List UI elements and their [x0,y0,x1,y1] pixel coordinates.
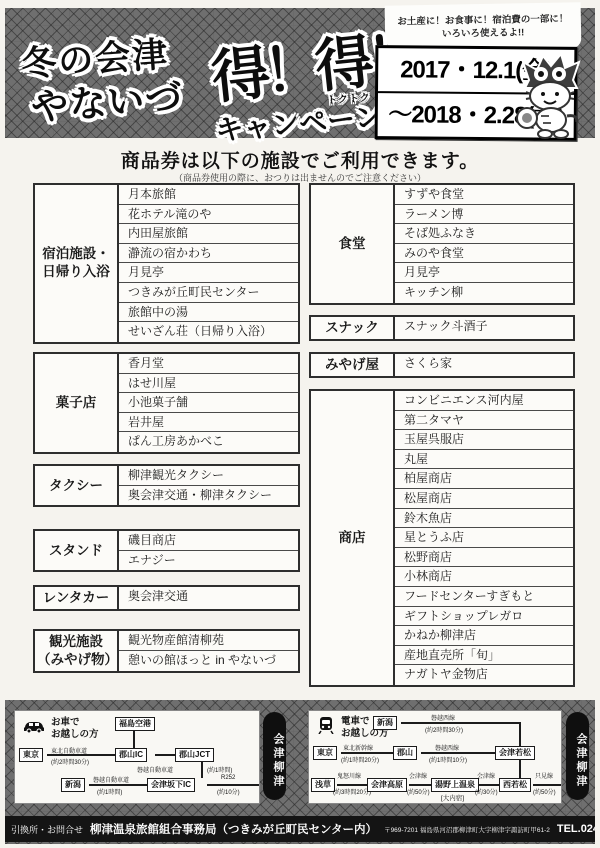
table-rental-car: レンタカー 奥会津交通 [33,585,300,611]
venue-row: 小林商店 [395,567,573,587]
venue-row: そば処ふなき [395,224,573,244]
train-access-map: 電車で お越しの方 新潟 磐越西線 (約2時間30分) 東京 東北新幹線 (約1… [308,710,562,804]
venue-row: 磯目商店 [119,531,298,551]
category-tourist-facility: 観光施設（みやげ物） [35,631,119,671]
venue-row: さくら家 [395,354,573,374]
category-confectionery: 菓子店 [35,354,119,452]
table-gas-stand: スタンド 磯目商店 エナジー [33,529,300,572]
table-restaurant: 食堂 すずや食堂 ラーメン博 そば処ふなき みのや食堂 月見亭 キッチン柳 [309,183,575,305]
footer-office-name: 柳津温泉旅館組合事務局（つきみが丘町民センター内） [90,821,377,837]
category-restaurant: 食堂 [311,185,395,303]
venue-row: 香月堂 [119,354,298,374]
map-line [155,754,175,756]
venue-row: つきみが丘町民センター [119,283,298,303]
venue-row: 星とうふ店 [395,528,573,548]
venue-row: 奥会津交通・柳津タクシー [119,486,298,506]
map-node-ouchijuku-note: [大内宿] [441,793,464,802]
venue-row: エナジー [119,551,298,571]
access-band: お車で お越しの方 福島空港 東京 東北自動車道 (約2時間30分) 郡山IC … [5,700,595,844]
map-node-asakusa: 浅草 [311,778,335,792]
venue-row: 瀞流の宿かわち [119,244,298,264]
map-line [519,722,521,746]
venue-row: すずや食堂 [395,185,573,205]
car-access-map: お車で お越しの方 福島空港 東京 東北自動車道 (約2時間30分) 郡山IC … [14,710,260,804]
map-node-niigata-train: 新潟 [373,716,397,730]
venue-row: ギフトショップレガロ [395,607,573,627]
venue-row: 月本旅館 [119,185,298,205]
venue-row: 柏屋商店 [395,469,573,489]
map-node-koriyama-train: 郡山 [393,746,417,760]
map-edge-banetsu-west-2-time: (約1時間10分) [429,755,467,764]
venue-row: 柳津観光タクシー [119,466,298,486]
venue-row: キッチン柳 [395,283,573,303]
map-line [479,784,499,786]
map-node-nishiwakamatsu: 西若松 [499,778,531,792]
venue-row: 花ホテル滝のや [119,205,298,225]
map-line [89,784,147,786]
train-map-title-line1: 電車で [341,716,370,728]
map-node-fukushima-airport: 福島空港 [115,717,155,731]
map-edge-tohoku-time: (約2時間30分) [51,757,89,766]
car-icon [23,719,45,733]
venue-row: 第二タマヤ [395,411,573,431]
destination-pill-train: 会津柳津 [566,712,589,800]
venue-row: 松野商店 [395,548,573,568]
footer-contact-bar: 引換所・お問合せ 柳津温泉旅館組合事務局（つきみが丘町民センター内） 〒969-… [5,816,595,842]
map-node-tokyo-train: 東京 [313,746,337,760]
flyer-sheet: お土産に！お食事に！宿泊費の一部に！ いろいろ使えるよ!! 冬の会津 やないづ … [0,0,600,848]
category-taxi: タクシー [35,466,119,505]
map-node-koriyama-jct: 郡山JCT [175,748,214,762]
category-snack: スナック [311,317,395,339]
map-edge-r252: R252 [221,775,235,781]
map-edge-aizu-line-1: 会津線 [409,771,427,780]
venue-row: 憩いの館ほっと in やないづ [119,651,298,671]
map-line [401,722,519,724]
map-line [341,752,393,754]
venue-row: 小池菓子舗 [119,393,298,413]
venue-row: コンビニエンス河内屋 [395,391,573,411]
venue-row: 玉屋呉服店 [395,430,573,450]
map-node-aizukogen: 会津高原 [367,778,407,792]
map-edge-banetsu-expressway: 磐越自動車道 [93,775,129,784]
map-edge-kinugawa-line: 鬼怒川線 [337,771,361,780]
category-souvenir-shop: みやげ屋 [311,354,395,376]
map-node-niigata: 新潟 [61,778,85,792]
category-rental-car: レンタカー [35,587,119,609]
campaign-title-line2: やないづ [29,67,184,131]
venue-row: 産地直売所「旬」 [395,646,573,666]
venue-row: ぱん工房あかべこ [119,432,298,452]
venue-row: かねか柳津店 [395,626,573,646]
map-edge-banetsu-west-1-time: (約2時間30分) [425,725,463,734]
venue-row: 奥会津交通 [119,587,298,607]
map-edge-banetsu-expressway-vertical: 磐越自動車道 [137,765,173,774]
category-gas-stand: スタンド [35,531,119,570]
venue-row: せいざん荘（日帰り入浴） [119,322,298,342]
map-edge-banetsu-time-vertical: (約1時間) [207,765,232,774]
venue-row: はせ川屋 [119,374,298,394]
map-line [421,752,495,754]
map-node-yunokami-onsen: 湯野上温泉 [431,778,479,792]
akabeko-tiger-mascot-icon [511,50,589,145]
footer-telephone: TEL.0241-42-2302 [557,823,595,835]
venue-row: スナック斗酒子 [395,317,573,337]
map-edge-tohoku-shinkansen: 東北新幹線 [343,743,373,752]
map-edge-banetsu-west-1: 磐越西線 [431,713,455,722]
venue-row: 観光物産館清柳苑 [119,631,298,651]
map-edge-tadami-time: (約50分) [533,787,556,796]
venue-row: 丸屋 [395,450,573,470]
map-edge-kinugawa-time: (約3時間20分) [333,787,371,796]
venue-row: みのや食堂 [395,244,573,264]
footer-label: 引換所・お問合せ [11,823,83,836]
map-edge-aizu-line-2: 会津線 [477,771,495,780]
map-line [519,760,521,778]
train-icon [317,716,335,734]
venue-row: 鈴木魚店 [395,509,573,529]
map-node-aizubange-ic: 会津坂下IC [147,778,195,792]
car-map-title-line1: お車で [51,717,80,729]
car-map-title-line2: お越しの方 [51,729,99,741]
map-node-tokyo: 東京 [19,748,43,762]
map-line [533,784,561,786]
venue-row: 松屋商店 [395,489,573,509]
map-node-koriyama-ic: 郡山IC [115,748,147,762]
map-edge-r252-time: (約10分) [217,787,240,796]
map-line [337,784,369,786]
table-souvenir-shop: みやげ屋 さくら家 [309,352,575,378]
map-edge-aizu-line-1-time: (約50分) [407,787,430,796]
map-edge-shinkansen-time: (約1時間20分) [341,755,379,764]
map-line [201,761,203,778]
venue-row: 内田屋旅館 [119,224,298,244]
header-band: お土産に！お食事に！宿泊費の一部に！ いろいろ使えるよ!! 冬の会津 やないづ … [5,8,595,138]
map-edge-banetsu-time: (約1時間) [97,787,122,796]
venue-row: フードセンターすぎもと [395,587,573,607]
map-line [409,784,431,786]
map-edge-aizu-line-2-time: (約30分) [475,787,498,796]
table-taxi: タクシー 柳津観光タクシー 奥会津交通・柳津タクシー [33,464,300,507]
category-lodging: 宿泊施設・日帰り入浴 [35,185,119,342]
table-tourist-facility: 観光施設（みやげ物） 観光物産館清柳苑 憩いの館ほっと in やないづ [33,629,300,673]
map-edge-tadami-line: 只見線 [535,771,553,780]
map-line [207,784,259,786]
venue-row: ラーメン博 [395,205,573,225]
venue-row: ナガトヤ金物店 [395,665,573,685]
venue-row: 岩井屋 [119,413,298,433]
usage-heading: 商品券は以下の施設でご利用できます。 [0,146,600,173]
map-node-aizuwakamatsu: 会津若松 [495,746,535,760]
footer-address: 〒969-7201 福島県河沼郡柳津町大字柳津字諏訪町甲61-2 [384,825,550,834]
table-confectionery: 菓子店 香月堂 はせ川屋 小池菓子舗 岩井屋 ぱん工房あかべこ [33,352,300,454]
table-general-store: 商店 コンビニエンス河内屋 第二タマヤ 玉屋呉服店 丸屋 柏屋商店 松屋商店 鈴… [309,389,575,687]
venue-row: 月見亭 [119,263,298,283]
venue-row: 旅館中の湯 [119,303,298,323]
table-lodging: 宿泊施設・日帰り入浴 月本旅館 花ホテル滝のや 内田屋旅館 瀞流の宿かわち 月見… [33,183,300,344]
map-line [133,731,135,748]
map-edge-banetsu-west-2: 磐越西線 [435,743,459,752]
map-edge-tohoku-expressway: 東北自動車道 [51,746,87,755]
venue-row: 月見亭 [395,263,573,283]
destination-pill-car: 会津柳津 [263,712,286,800]
category-general-store: 商店 [311,391,395,685]
table-snack: スナック スナック斗酒子 [309,315,575,341]
